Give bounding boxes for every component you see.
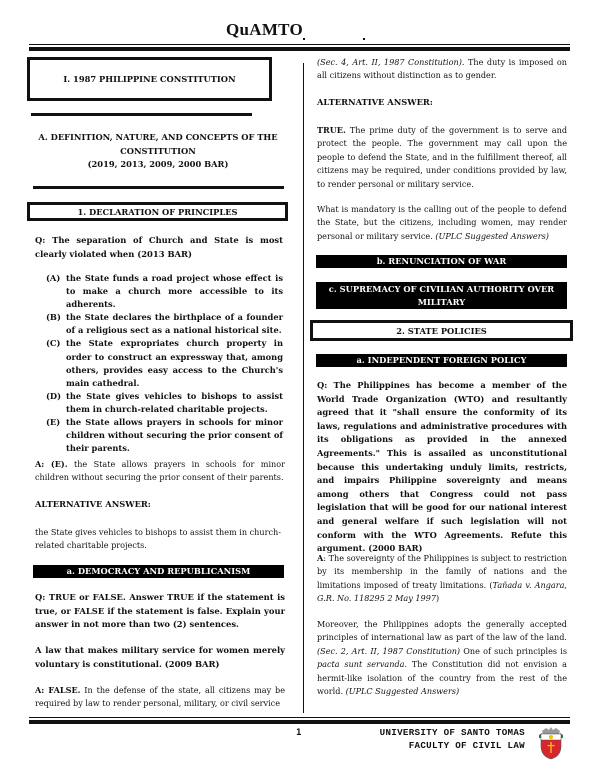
option-text: the State funds a road project whose eff… <box>66 272 283 311</box>
answer-2: A: FALSE. In the defense of the state, a… <box>35 684 285 711</box>
footer-university: UNIVERSITY OF SANTO TOMAS FACULTY OF CIV… <box>380 726 525 752</box>
header-rule-thin <box>29 44 570 45</box>
topic-bar-title: b. RENUNCIATION OF WAR <box>377 256 507 266</box>
question-2-statement: A law that makes military service for wo… <box>35 644 285 671</box>
answer-prefix: A: (E). <box>35 459 68 469</box>
alternative-answer-heading: ALTERNATIVE ANSWER: <box>35 499 151 509</box>
option-c: (C)the State expropriates church propert… <box>46 337 283 389</box>
answer-text: The prime duty of the government is to s… <box>317 125 567 189</box>
answer-text: the State allows prayers in schools for … <box>35 459 285 482</box>
column-divider <box>303 63 304 713</box>
option-a: (A)the State funds a road project whose … <box>46 272 283 311</box>
subsection-box-declaration: 1. DECLARATION OF PRINCIPLES <box>27 202 288 221</box>
citation: (UPLC Suggested Answers) <box>435 231 549 241</box>
option-d: (D)the State gives vehicles to bishops t… <box>46 390 283 416</box>
chapter-heading-box: I. 1987 PHILIPPINE CONSTITUTION <box>27 57 272 101</box>
section-divider <box>33 186 284 189</box>
topic-bar-foreign-policy: a. INDEPENDENT FOREIGN POLICY <box>316 354 567 367</box>
section-heading-line: CONSTITUTION <box>30 145 286 159</box>
paragraph-text: Moreover, the Philippines adopts the gen… <box>317 619 567 642</box>
ust-seal-icon <box>538 726 564 760</box>
answer-3: A: The sovereignty of the Philippines is… <box>317 552 567 606</box>
section-heading: A. DEFINITION, NATURE, AND CONCEPTS OF T… <box>30 131 286 172</box>
answer-prefix: TRUE. <box>317 125 346 135</box>
latin-term: pacta sunt servanda <box>317 659 404 669</box>
document-header-title: QuAMTO <box>0 20 589 40</box>
option-label: (C) <box>46 337 66 389</box>
topic-bar-title: a. INDEPENDENT FOREIGN POLICY <box>357 355 527 365</box>
option-text: the State declares the birthplace of a f… <box>66 311 283 337</box>
alternative-answer-true: TRUE. The prime duty of the government i… <box>317 124 567 191</box>
question-1: Q: The separation of Church and State is… <box>35 234 283 261</box>
section-heading-line: A. DEFINITION, NATURE, AND CONCEPTS OF T… <box>30 131 286 145</box>
alternative-answer-text: the State gives vehicles to bishops to a… <box>35 526 285 553</box>
subsection-title: 1. DECLARATION OF PRINCIPLES <box>77 207 237 217</box>
topic-bar-democracy: a. DEMOCRACY AND REPUBLICANISM <box>33 565 284 578</box>
option-text: the State allows prayers in schools for … <box>66 416 283 455</box>
option-text: the State expropriates church property i… <box>66 337 283 389</box>
citation: (Sec. 4, Art. II, 1987 Constitution) <box>317 57 462 67</box>
faculty-name: FACULTY OF CIVIL LAW <box>380 739 525 752</box>
topic-bar-title: a. DEMOCRACY AND REPUBLICANISM <box>67 566 251 576</box>
option-label: (B) <box>46 311 66 337</box>
page-number: 1 <box>296 728 301 738</box>
chapter-heading-text: I. 1987 PHILIPPINE CONSTITUTION <box>63 74 235 84</box>
topic-bar-title: c. SUPREMACY OF CIVILIAN AUTHORITY OVER … <box>329 284 554 307</box>
subsection-title: 2. STATE POLICIES <box>396 326 487 336</box>
header-tick-mark <box>363 38 365 40</box>
header-rule-thick <box>29 47 570 51</box>
paragraph-text: One of such principles is <box>460 646 567 656</box>
option-b: (B)the State declares the birthplace of … <box>46 311 283 337</box>
section-heading-bar-years: (2019, 2013, 2009, 2000 BAR) <box>30 158 286 172</box>
question-3: Q: The Philippines has become a member o… <box>317 379 567 556</box>
mandatory-paragraph: What is mandatory is the calling out of … <box>317 203 567 243</box>
topic-bar-renunciation: b. RENUNCIATION OF WAR <box>316 255 567 268</box>
option-e: (E)the State allows prayers in schools f… <box>46 416 283 455</box>
answer-2-continuation: (Sec. 4, Art. II, 1987 Constitution). Th… <box>317 56 567 83</box>
citation: (Sec. 2, Art. II, 1987 Constitution) <box>317 646 460 656</box>
option-label: (E) <box>46 416 66 455</box>
topic-bar-supremacy: c. SUPREMACY OF CIVILIAN AUTHORITY OVER … <box>316 282 567 309</box>
option-label: (A) <box>46 272 66 311</box>
answer-1: A: (E). the State allows prayers in scho… <box>35 458 285 485</box>
header-tick-mark <box>303 38 305 40</box>
option-text: the State gives vehicles to bishops to a… <box>66 390 283 416</box>
moreover-paragraph: Moreover, the Philippines adopts the gen… <box>317 618 567 698</box>
footer-rule-thin <box>29 717 570 718</box>
option-label: (D) <box>46 390 66 416</box>
footer-rule-thick <box>29 720 570 724</box>
citation: (UPLC Suggested Answers) <box>346 686 460 696</box>
answer-text: ) <box>436 593 439 603</box>
answer-prefix: A: FALSE. <box>35 685 80 695</box>
subsection-box-state-policies: 2. STATE POLICIES <box>310 320 573 341</box>
section-divider <box>31 113 252 116</box>
question-2-instruction: Q: TRUE or FALSE. Answer TRUE if the sta… <box>35 591 285 632</box>
university-name: UNIVERSITY OF SANTO TOMAS <box>380 726 525 739</box>
alternative-answer-heading: ALTERNATIVE ANSWER: <box>317 97 433 107</box>
question-1-options: (A)the State funds a road project whose … <box>46 272 283 455</box>
